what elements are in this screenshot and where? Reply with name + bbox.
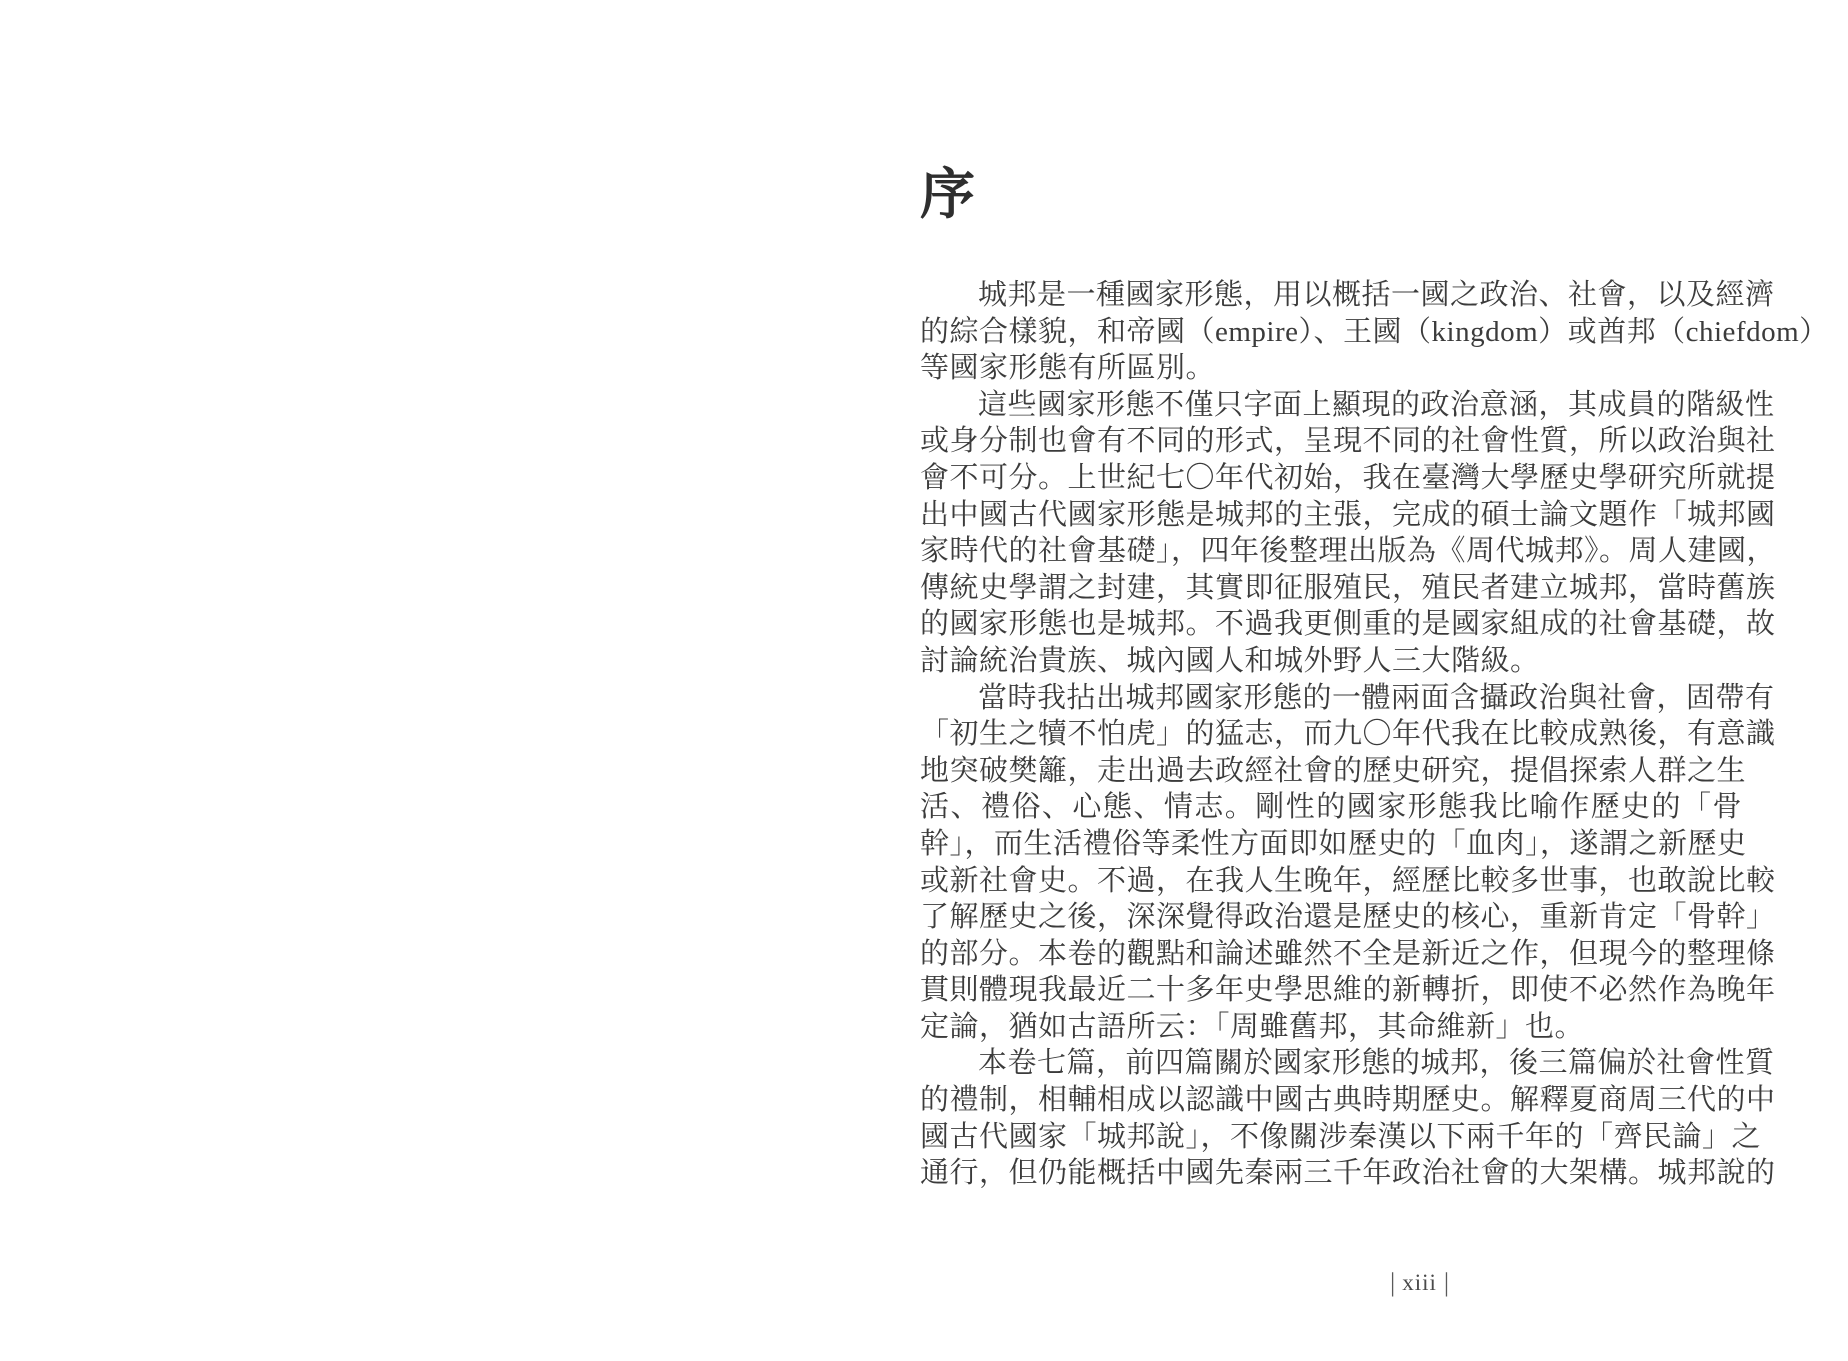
folio-right-bar: | <box>1444 1268 1449 1298</box>
body-line: 這些國家形態不僅只字面上顯現的政治意涵，其成員的階級性 <box>920 387 1742 424</box>
folio-left-bar: | <box>1390 1268 1395 1298</box>
body-line: 城邦是一種國家形態，用以概括一國之政治、社會，以及經濟 <box>920 277 1742 314</box>
body-line: 會不可分。上世紀七〇年代初始，我在臺灣大學歷史學研究所就提 <box>920 460 1742 497</box>
body-line: 當時我拈出城邦國家形態的一體兩面含攝政治與社會，固帶有 <box>920 680 1742 717</box>
body-line: 本卷七篇，前四篇關於國家形態的城邦，後三篇偏於社會性質 <box>920 1045 1742 1082</box>
preface-text-block: 序 城邦是一種國家形態，用以概括一國之政治、社會，以及經濟 的綜合樣貌，和帝國（… <box>920 160 1742 1192</box>
body-line: 活、禮俗、心態、情志。剛性的國家形態我比喻作歷史的「骨 <box>920 789 1742 826</box>
book-page-spread: 序 城邦是一種國家形態，用以概括一國之政治、社會，以及經濟 的綜合樣貌，和帝國（… <box>0 0 1848 1361</box>
body-line: 地突破樊籬，走出過去政經社會的歷史研究，提倡探索人群之生 <box>920 753 1742 790</box>
body-line: 的部分。本卷的觀點和論述雖然不全是新近之作，但現今的整理條 <box>920 936 1742 973</box>
body-line: 的綜合樣貌，和帝國（empire）、王國（kingdom）或酋邦（chiefdo… <box>920 314 1742 351</box>
body-line: 通行，但仍能概括中國先秦兩三千年政治社會的大架構。城邦說的 <box>920 1155 1742 1192</box>
preface-title: 序 <box>920 160 1742 230</box>
body-line: 幹」，而生活禮俗等柔性方面即如歷史的「血肉」，遂謂之新歷史 <box>920 826 1742 863</box>
body-line: 貫則體現我最近二十多年史學思維的新轉折，即使不必然作為晚年 <box>920 972 1742 1009</box>
body-line: 傳統史學謂之封建，其實即征服殖民，殖民者建立城邦，當時舊族 <box>920 570 1742 607</box>
body-line: 討論統治貴族、城內國人和城外野人三大階級。 <box>920 643 1742 680</box>
body-line: 或新社會史。不過，在我人生晚年，經歷比較多世事，也敢說比較 <box>920 863 1742 900</box>
body-line: 或身分制也會有不同的形式，呈現不同的社會性質，所以政治與社 <box>920 423 1742 460</box>
folio-page-number: xiii <box>1402 1270 1437 1296</box>
body-line: 的國家形態也是城邦。不過我更側重的是國家組成的社會基礎，故 <box>920 606 1742 643</box>
body-line: 國古代國家「城邦說」，不像關涉秦漢以下兩千年的「齊民論」之 <box>920 1119 1742 1156</box>
body-line: 了解歷史之後，深深覺得政治還是歷史的核心，重新肯定「骨幹」 <box>920 899 1742 936</box>
page-folio: | xiii | <box>1390 1268 1449 1298</box>
body-line: 出中國古代國家形態是城邦的主張，完成的碩士論文題作「城邦國 <box>920 497 1742 534</box>
body-line: 「初生之犢不怕虎」的猛志，而九〇年代我在比較成熟後，有意識 <box>920 716 1742 753</box>
body-line: 定論，猶如古語所云：「周雖舊邦，其命維新」也。 <box>920 1009 1742 1046</box>
body-line: 的禮制，相輔相成以認識中國古典時期歷史。解釋夏商周三代的中 <box>920 1082 1742 1119</box>
preface-body: 城邦是一種國家形態，用以概括一國之政治、社會，以及經濟 的綜合樣貌，和帝國（em… <box>920 277 1742 1192</box>
body-line: 家時代的社會基礎」，四年後整理出版為《周代城邦》。周人建國， <box>920 533 1742 570</box>
body-line: 等國家形態有所區別。 <box>920 350 1742 387</box>
